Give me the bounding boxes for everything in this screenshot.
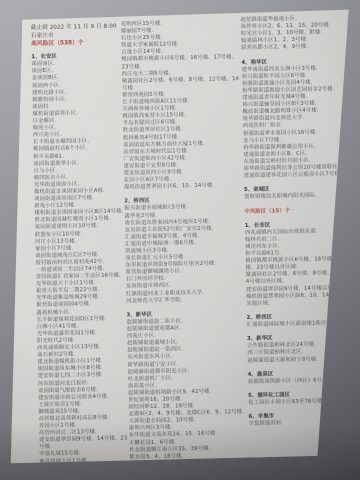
risk-area-line: 紫晶悦城小区1号楼.	[39, 457, 131, 466]
risk-list-right: 赵佗路街道华强南小区.海世界小区2、6、11、15、20号楼.时光宫小区1、3、…	[241, 15, 355, 428]
high-risk-list-left: 1、长安区谈固南区.谈固E区.金谈固B区.谈固西小区.建明北路小区.棉都怡园小区…	[31, 53, 132, 480]
risk-area-line: 盛世天骄6号楼.	[40, 471, 132, 480]
risk-area-line: 西兆通镇内五国际台球俱乐部.	[245, 228, 351, 237]
risk-area-line: 紫水园3、4、18号楼.	[129, 452, 247, 461]
risk-area-line: 煤机街道慧翠园小区除6、10、14号楼外的其他区域.	[246, 292, 352, 308]
high-risk-title: 高风险区（538）个	[31, 39, 123, 49]
column-right: 赵佗路街道华强南小区.海世界小区2、6、11、15、20号楼.时光宫小区1、3、…	[241, 15, 355, 428]
column-left: 截止到 2022 年 11 月 9 日 8:00 石家庄市 高风险区（538）个…	[31, 23, 132, 480]
risk-area-line: 丽锦花园小区37、38号楼.	[129, 459, 247, 468]
document-paper: 截止到 2022 年 11 月 9 日 8:00 石家庄市 高风险区（538）个…	[8, 5, 350, 467]
risk-area-line: 聚鑫园社区2号楼、6号楼、8号楼、12、14号楼以外区域.	[246, 270, 352, 286]
column-middle: 光明西区15号楼.郁丽园7号楼.石达小区25号楼.铁道大学家属院12号楼.吉晟小…	[121, 19, 248, 468]
risk-area-line: 辛集镇锚营村.	[249, 419, 355, 428]
document-content: 截止到 2022 年 11 月 9 日 8:00 石家庄市 高风险区（538）个…	[4, 1, 355, 470]
photo-background: 截止到 2022 年 11 月 9 日 8:00 石家庄市 高风险区（538）个…	[0, 0, 360, 480]
risk-area-line: 汇通街道国际城小区源泉缘1栋住宅楼.	[247, 320, 353, 329]
risk-area-line: 西兆通镇观城水岸1号楼.	[40, 464, 132, 473]
risk-area-line: 化工园区丰润小区63至76号楼.	[248, 398, 354, 407]
risk-area-line: 赵陵铺街道天源和府下8号楼.	[247, 355, 353, 364]
high-risk-list-middle: 光明西区15号楼.郁丽园7号楼.石达小区25号楼.铁道大学家属院12号楼.吉晟小…	[121, 19, 248, 468]
risk-area-line: 桃园镇都市桃源小区6号楼、16号楼、17号楼、23号楼以外区域.	[245, 256, 351, 272]
risk-area-line: 获鹿镇南铁路小区（西区）6号楼.	[248, 377, 354, 386]
